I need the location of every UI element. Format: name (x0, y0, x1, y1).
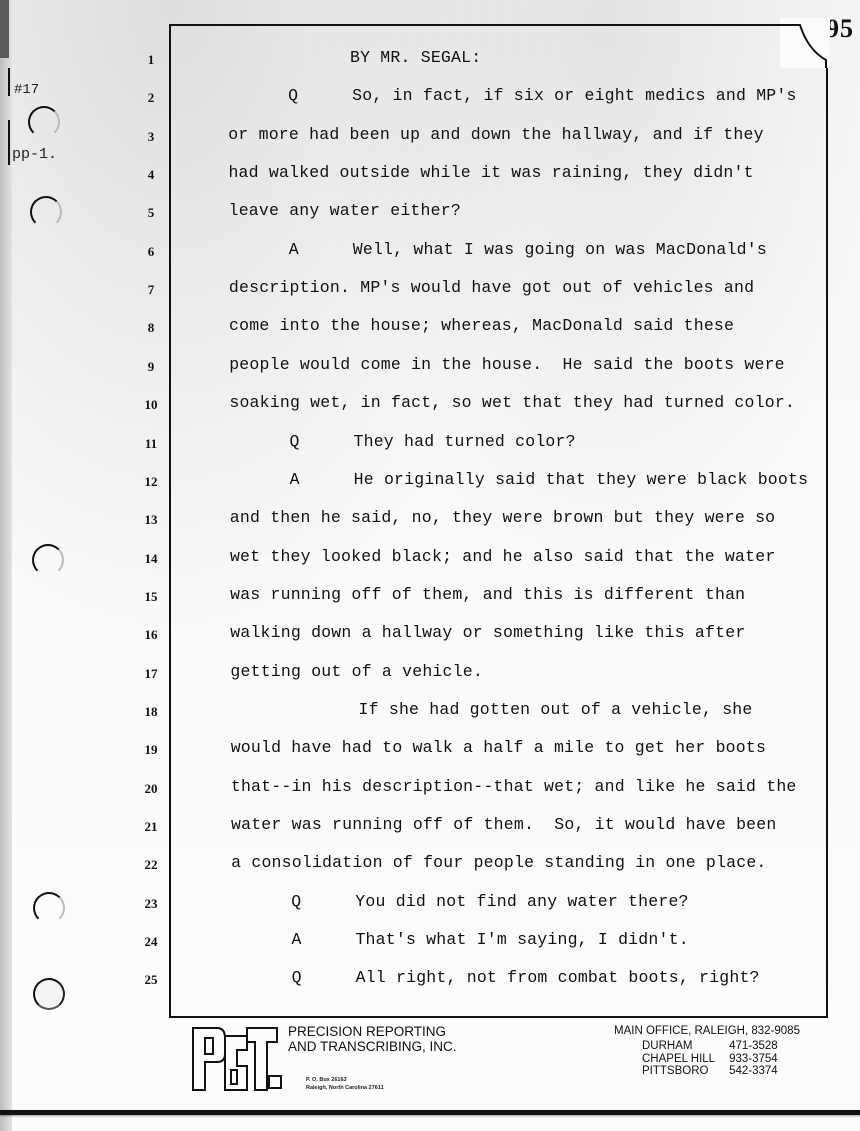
line-number: 23 (136, 896, 166, 912)
margin-mark (8, 68, 10, 96)
transcript-line-text: a consolidation of four people standing … (231, 853, 766, 872)
firm-name-line1: PRECISION REPORTING (288, 1024, 457, 1039)
line-number: 20 (136, 781, 166, 797)
transcript-line-text: people would come in the house. He said … (229, 355, 785, 374)
company-logo (191, 1026, 283, 1092)
transcript-line-text: water was running off of them. So, it wo… (231, 815, 777, 834)
line-number: 17 (136, 666, 166, 682)
line-number: 9 (136, 359, 166, 375)
binder-hole-icon (33, 978, 65, 1010)
office-row: CHAPEL HILL933-3754 (642, 1053, 792, 1066)
transcript-line-text: that--in his description--that wet; and … (231, 777, 797, 796)
address-line1: P. O. Box 26163 (306, 1076, 384, 1084)
office-row: PITTSBORO542-3374 (642, 1065, 792, 1078)
transcript-line-text: had walked outside while it was raining,… (228, 163, 753, 182)
transcript-line-text: So, in fact, if six or eight medics and … (352, 86, 796, 105)
transcript-line-text: or more had been up and down the hallway… (228, 125, 763, 144)
transcript-line-text: Well, what I was going on was MacDonald'… (353, 240, 767, 259)
firm-name-line2: AND TRANSCRIBING, INC. (288, 1039, 457, 1054)
line-number: 11 (136, 436, 166, 452)
main-office: MAIN OFFICE, RALEIGH, 832-9085 (614, 1025, 800, 1037)
transcript-line-text: That's what I'm saying, I didn't. (355, 930, 688, 949)
speaker-label: A (289, 240, 299, 259)
line-number: 18 (136, 704, 166, 720)
line-number: 22 (136, 857, 166, 873)
speaker-label: A (291, 930, 301, 949)
page-edge-shadow (0, 0, 12, 1131)
speaker-label: Q (290, 432, 300, 451)
speaker-label: Q (288, 86, 298, 105)
speaker-label: A (290, 470, 300, 489)
office-table: DURHAM471-3528CHAPEL HILL933-3754PITTSBO… (642, 1040, 792, 1078)
transcript-line-text: walking down a hallway or something like… (230, 623, 745, 642)
line-number: 7 (136, 282, 166, 298)
office-city: PITTSBORO (642, 1065, 729, 1078)
transcript-line-text: All right, not from combat boots, right? (356, 968, 760, 987)
line-number: 15 (136, 589, 166, 605)
exhibit-note: #17 (14, 82, 39, 98)
line-number: 16 (136, 627, 166, 643)
speaker-label: Q (292, 968, 302, 987)
footer-rule (0, 1110, 860, 1115)
pages-note: pp-1. (12, 146, 57, 163)
line-number: 1 (136, 52, 166, 68)
firm-address: P. O. Box 26163 Raleigh, North Carolina … (306, 1076, 384, 1092)
line-number: 21 (136, 819, 166, 835)
transcript-line-text: come into the house; whereas, MacDonald … (229, 316, 734, 335)
binder-hole-icon (28, 106, 60, 138)
line-number: 13 (136, 512, 166, 528)
line-number: 24 (136, 934, 166, 950)
line-number: 5 (136, 205, 166, 221)
binder-hole-icon (33, 892, 65, 924)
line-number: 19 (136, 742, 166, 758)
address-line2: Raleigh, North Carolina 27611 (306, 1084, 384, 1092)
transcript-line-text: and then he said, no, they were brown bu… (230, 508, 776, 527)
transcript-line-text: would have had to walk a half a mile to … (231, 738, 766, 757)
margin-mark (8, 120, 10, 165)
office-phone: 542-3374 (729, 1065, 792, 1078)
office-city: DURHAM (642, 1040, 729, 1053)
transcript-line-text: was running off of them, and this is dif… (230, 585, 745, 604)
page-edge-dark (0, 0, 9, 58)
office-city: CHAPEL HILL (642, 1053, 729, 1066)
frame-corner-cutout (780, 18, 830, 68)
line-number: 12 (136, 474, 166, 490)
binder-hole-icon (32, 544, 64, 576)
line-number: 4 (136, 167, 166, 183)
transcript-line-text: soaking wet, in fact, so wet that they h… (229, 393, 795, 412)
line-number: 25 (136, 972, 166, 988)
line-number: 2 (136, 90, 166, 106)
transcript-line-text: You did not find any water there? (355, 892, 688, 911)
line-number: 3 (136, 129, 166, 145)
office-row: DURHAM471-3528 (642, 1040, 792, 1053)
office-phone: 471-3528 (729, 1040, 792, 1053)
transcript-line-text: He originally said that they were black … (354, 470, 809, 489)
transcript-line-text: BY MR. SEGAL: (350, 48, 481, 67)
transcript-line-text: getting out of a vehicle. (230, 662, 483, 681)
transcript-line-text: leave any water either? (229, 201, 461, 220)
transcript-line-text: They had turned color? (354, 432, 576, 451)
binder-hole-icon (30, 196, 62, 228)
transcript-line-text: wet they looked black; and he also said … (230, 547, 776, 566)
office-directory: MAIN OFFICE, RALEIGH, 832-9085 DURHAM471… (614, 1025, 800, 1078)
line-number: 8 (136, 320, 166, 336)
office-phone: 933-3754 (729, 1053, 792, 1066)
line-number: 10 (136, 397, 166, 413)
line-number: 14 (136, 551, 166, 567)
line-number: 6 (136, 244, 166, 260)
transcript-line-text: If she had gotten out of a vehicle, she (359, 700, 753, 719)
speaker-label: Q (291, 892, 301, 911)
transcript-line-text: description. MP's would have got out of … (229, 278, 754, 297)
firm-name: PRECISION REPORTING AND TRANSCRIBING, IN… (288, 1024, 457, 1054)
